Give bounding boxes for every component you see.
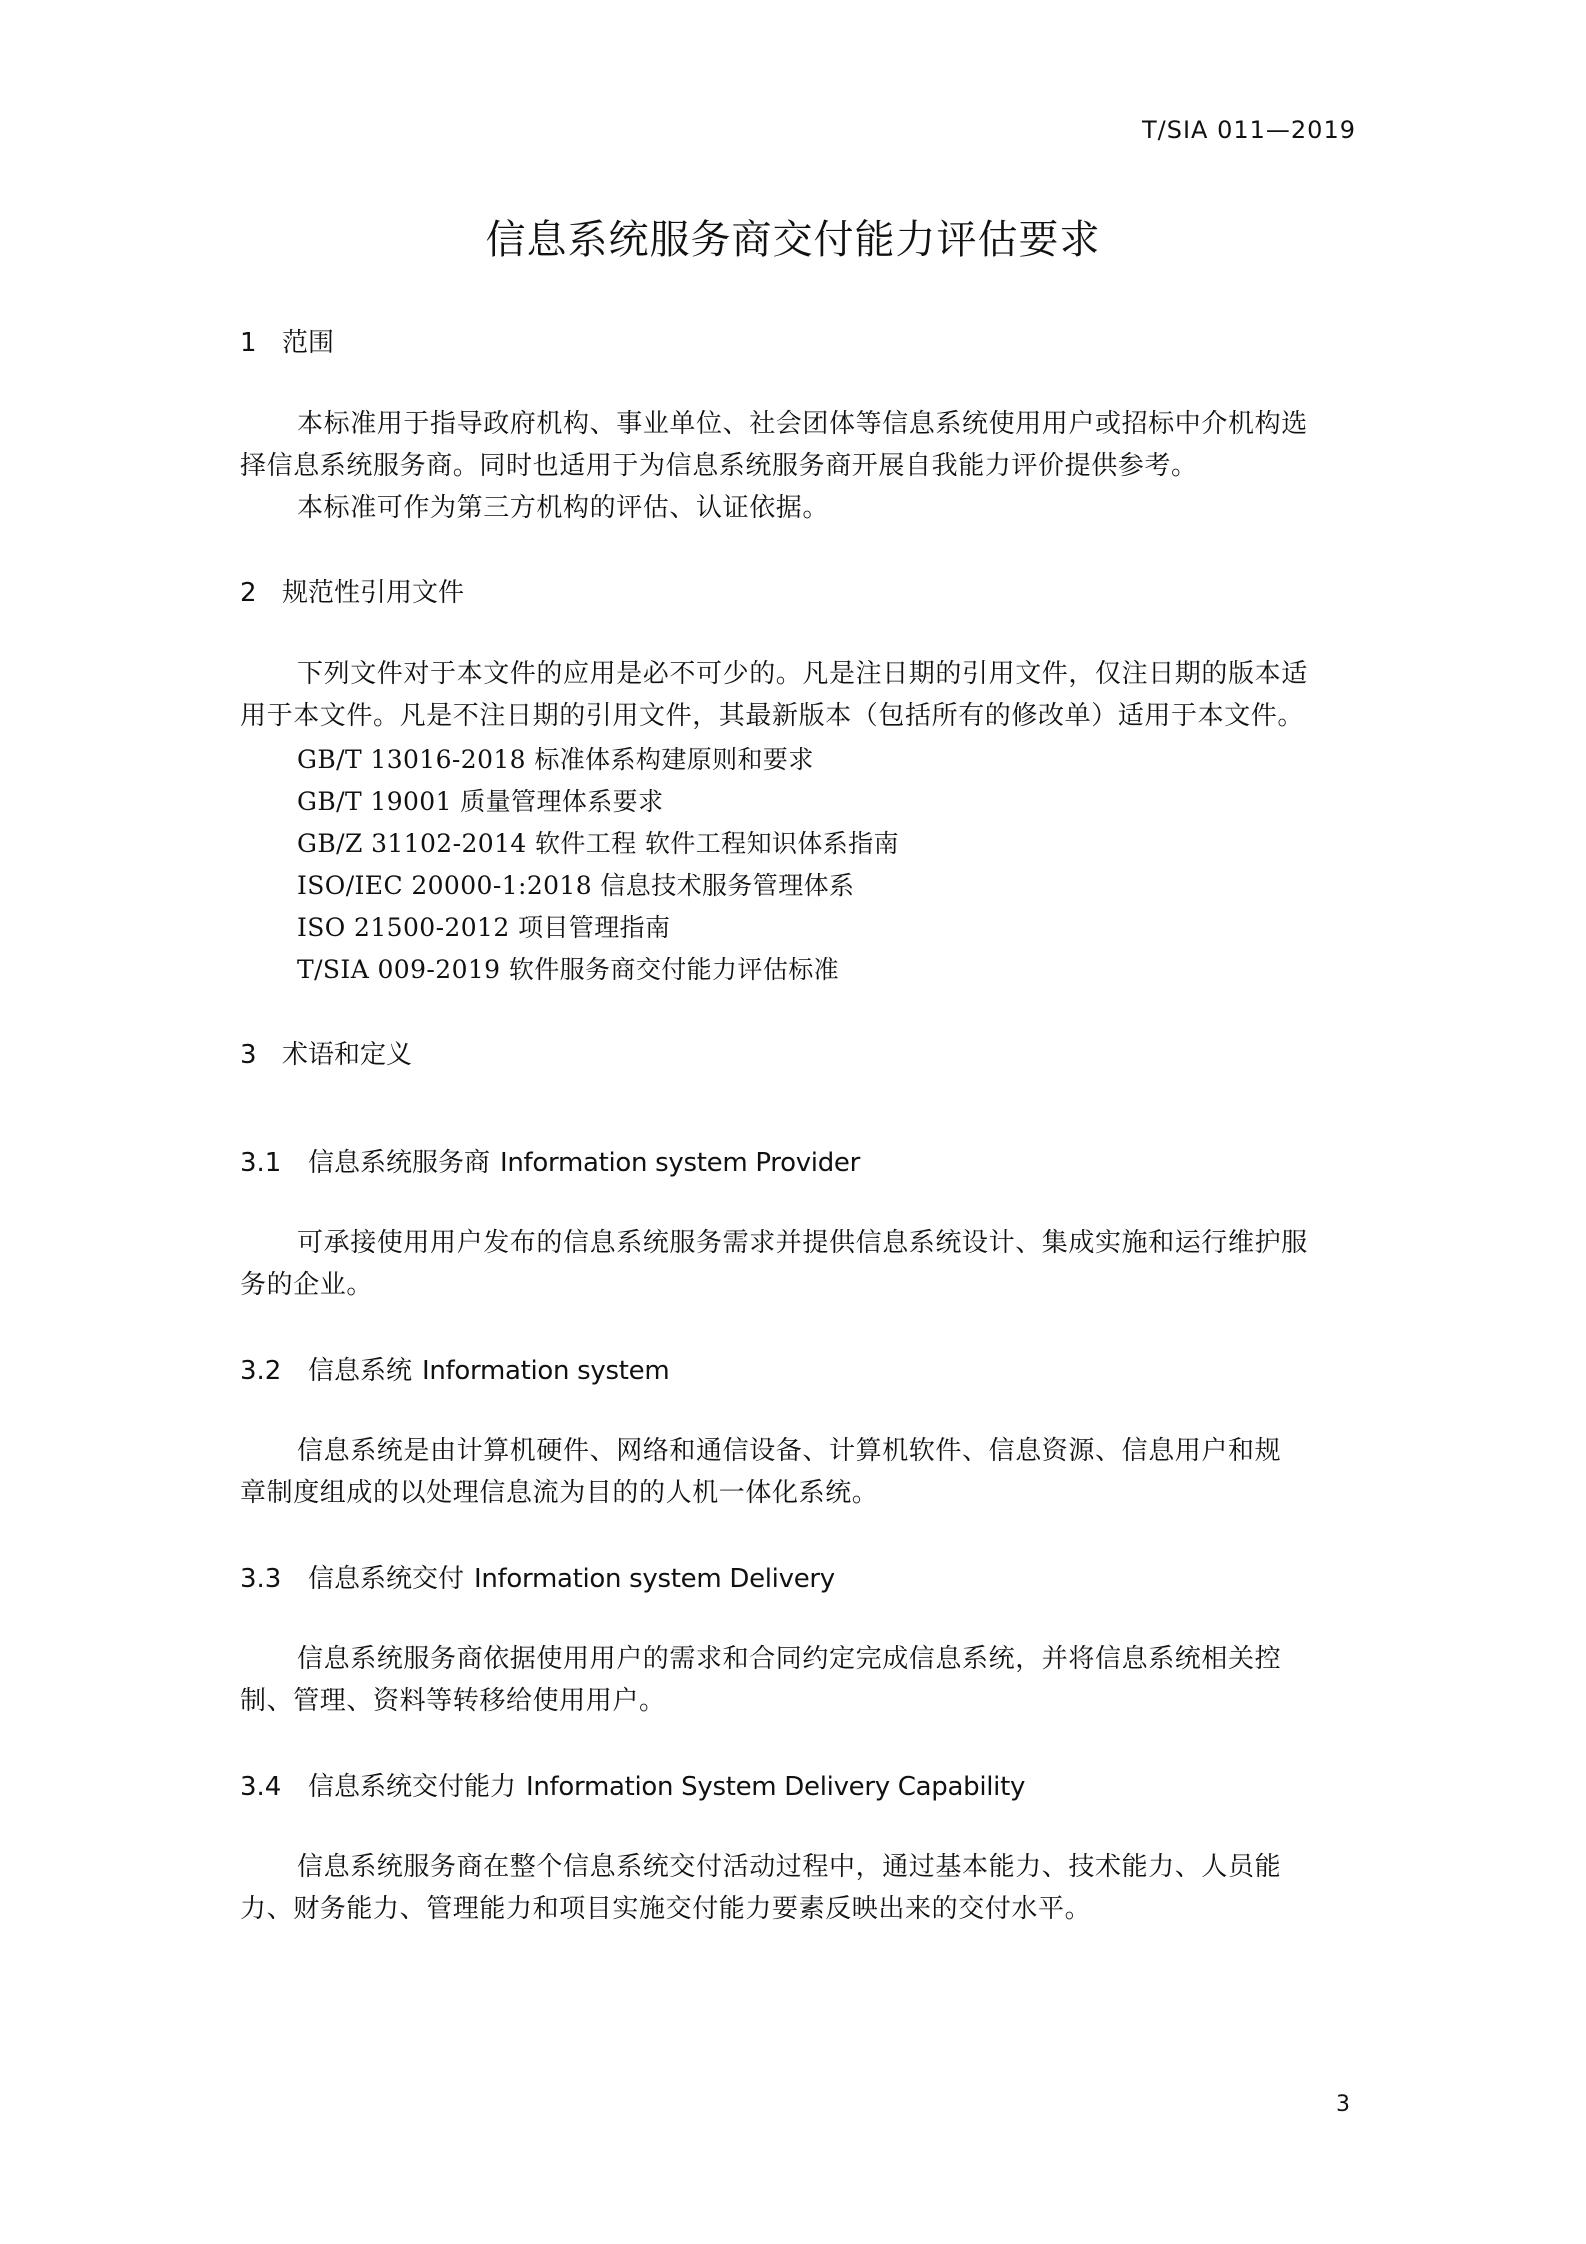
term-definition-line: 务的企业。 <box>240 1264 373 1306</box>
reference-item: GB/T 19001 质量管理体系要求 <box>297 782 663 818</box>
references-paragraph-line: 下列文件对于本文件的应用是必不可少的。凡是注日期的引用文件，仅注日期的版本适 <box>240 653 1308 695</box>
scope-paragraph-line: 本标准可作为第三方机构的评估、认证依据。 <box>240 487 829 529</box>
section-number: 2 <box>240 578 282 608</box>
term-heading-delivery: 3.3信息系统交付Information system Delivery <box>240 1558 835 1595</box>
term-chinese: 信息系统 <box>308 1356 412 1386</box>
term-definition-line: 信息系统服务商依据使用用户的需求和合同约定完成信息系统，并将信息系统相关控 <box>240 1638 1281 1680</box>
term-english: Information system Delivery <box>474 1564 835 1594</box>
term-definition-line: 章制度组成的以处理信息流为目的的人机一体化系统。 <box>240 1472 878 1514</box>
section-number: 3 <box>240 1040 282 1070</box>
term-chinese: 信息系统交付 <box>308 1564 464 1594</box>
term-number: 3.1 <box>240 1148 308 1178</box>
page-title: 信息系统服务商交付能力评估要求 <box>0 208 1586 265</box>
section-number: 1 <box>240 328 282 358</box>
section-heading-normative-references: 2规范性引用文件 <box>240 572 464 609</box>
term-chinese: 信息系统服务商 <box>308 1148 490 1178</box>
term-number: 3.3 <box>240 1564 308 1594</box>
section-title: 规范性引用文件 <box>282 578 464 608</box>
term-english: Information system Provider <box>500 1148 860 1178</box>
scope-paragraph-line: 择信息系统服务商。同时也适用于为信息系统服务商开展自我能力评价提供参考。 <box>240 445 1198 487</box>
term-definition-line: 制、管理、资料等转移给使用用户。 <box>240 1680 666 1722</box>
reference-item: T/SIA 009-2019 软件服务商交付能力评估标准 <box>297 950 839 986</box>
section-title: 范围 <box>282 328 334 358</box>
term-number: 3.2 <box>240 1356 308 1386</box>
document-page: T/SIA 011—2019 信息系统服务商交付能力评估要求 1范围 本标准用于… <box>0 0 1586 2244</box>
reference-item: ISO/IEC 20000-1:2018 信息技术服务管理体系 <box>297 866 854 902</box>
term-definition-line: 信息系统服务商在整个信息系统交付活动过程中，通过基本能力、技术能力、人员能 <box>240 1846 1281 1888</box>
reference-item: GB/T 13016-2018 标准体系构建原则和要求 <box>297 740 814 776</box>
references-paragraph-line: 用于本文件。凡是不注日期的引用文件，其最新版本（包括所有的修改单）适用于本文件。 <box>240 695 1304 737</box>
term-english: Information System Delivery Capability <box>526 1772 1025 1802</box>
term-definition-line: 信息系统是由计算机硬件、网络和通信设备、计算机软件、信息资源、信息用户和规 <box>240 1430 1281 1472</box>
reference-item: ISO 21500-2012 项目管理指南 <box>297 908 670 944</box>
term-definition-line: 可承接使用用户发布的信息系统服务需求并提供信息系统设计、集成实施和运行维护服 <box>240 1222 1308 1264</box>
term-heading-provider: 3.1信息系统服务商Information system Provider <box>240 1142 860 1179</box>
term-heading-delivery-capability: 3.4信息系统交付能力Information System Delivery C… <box>240 1766 1025 1803</box>
page-number: 3 <box>1336 2092 1350 2117</box>
document-code: T/SIA 011—2019 <box>1100 116 1356 144</box>
scope-paragraph-line: 本标准用于指导政府机构、事业单位、社会团体等信息系统使用用户或招标中介机构选 <box>240 403 1308 445</box>
section-heading-terms-definitions: 3术语和定义 <box>240 1034 412 1071</box>
term-number: 3.4 <box>240 1772 308 1802</box>
section-title: 术语和定义 <box>282 1040 412 1070</box>
term-heading-information-system: 3.2信息系统Information system <box>240 1350 669 1387</box>
term-definition-line: 力、财务能力、管理能力和项目实施交付能力要素反映出来的交付水平。 <box>240 1888 1091 1930</box>
section-heading-scope: 1范围 <box>240 322 334 359</box>
reference-item: GB/Z 31102-2014 软件工程 软件工程知识体系指南 <box>297 824 899 860</box>
term-english: Information system <box>422 1356 669 1386</box>
term-chinese: 信息系统交付能力 <box>308 1772 516 1802</box>
